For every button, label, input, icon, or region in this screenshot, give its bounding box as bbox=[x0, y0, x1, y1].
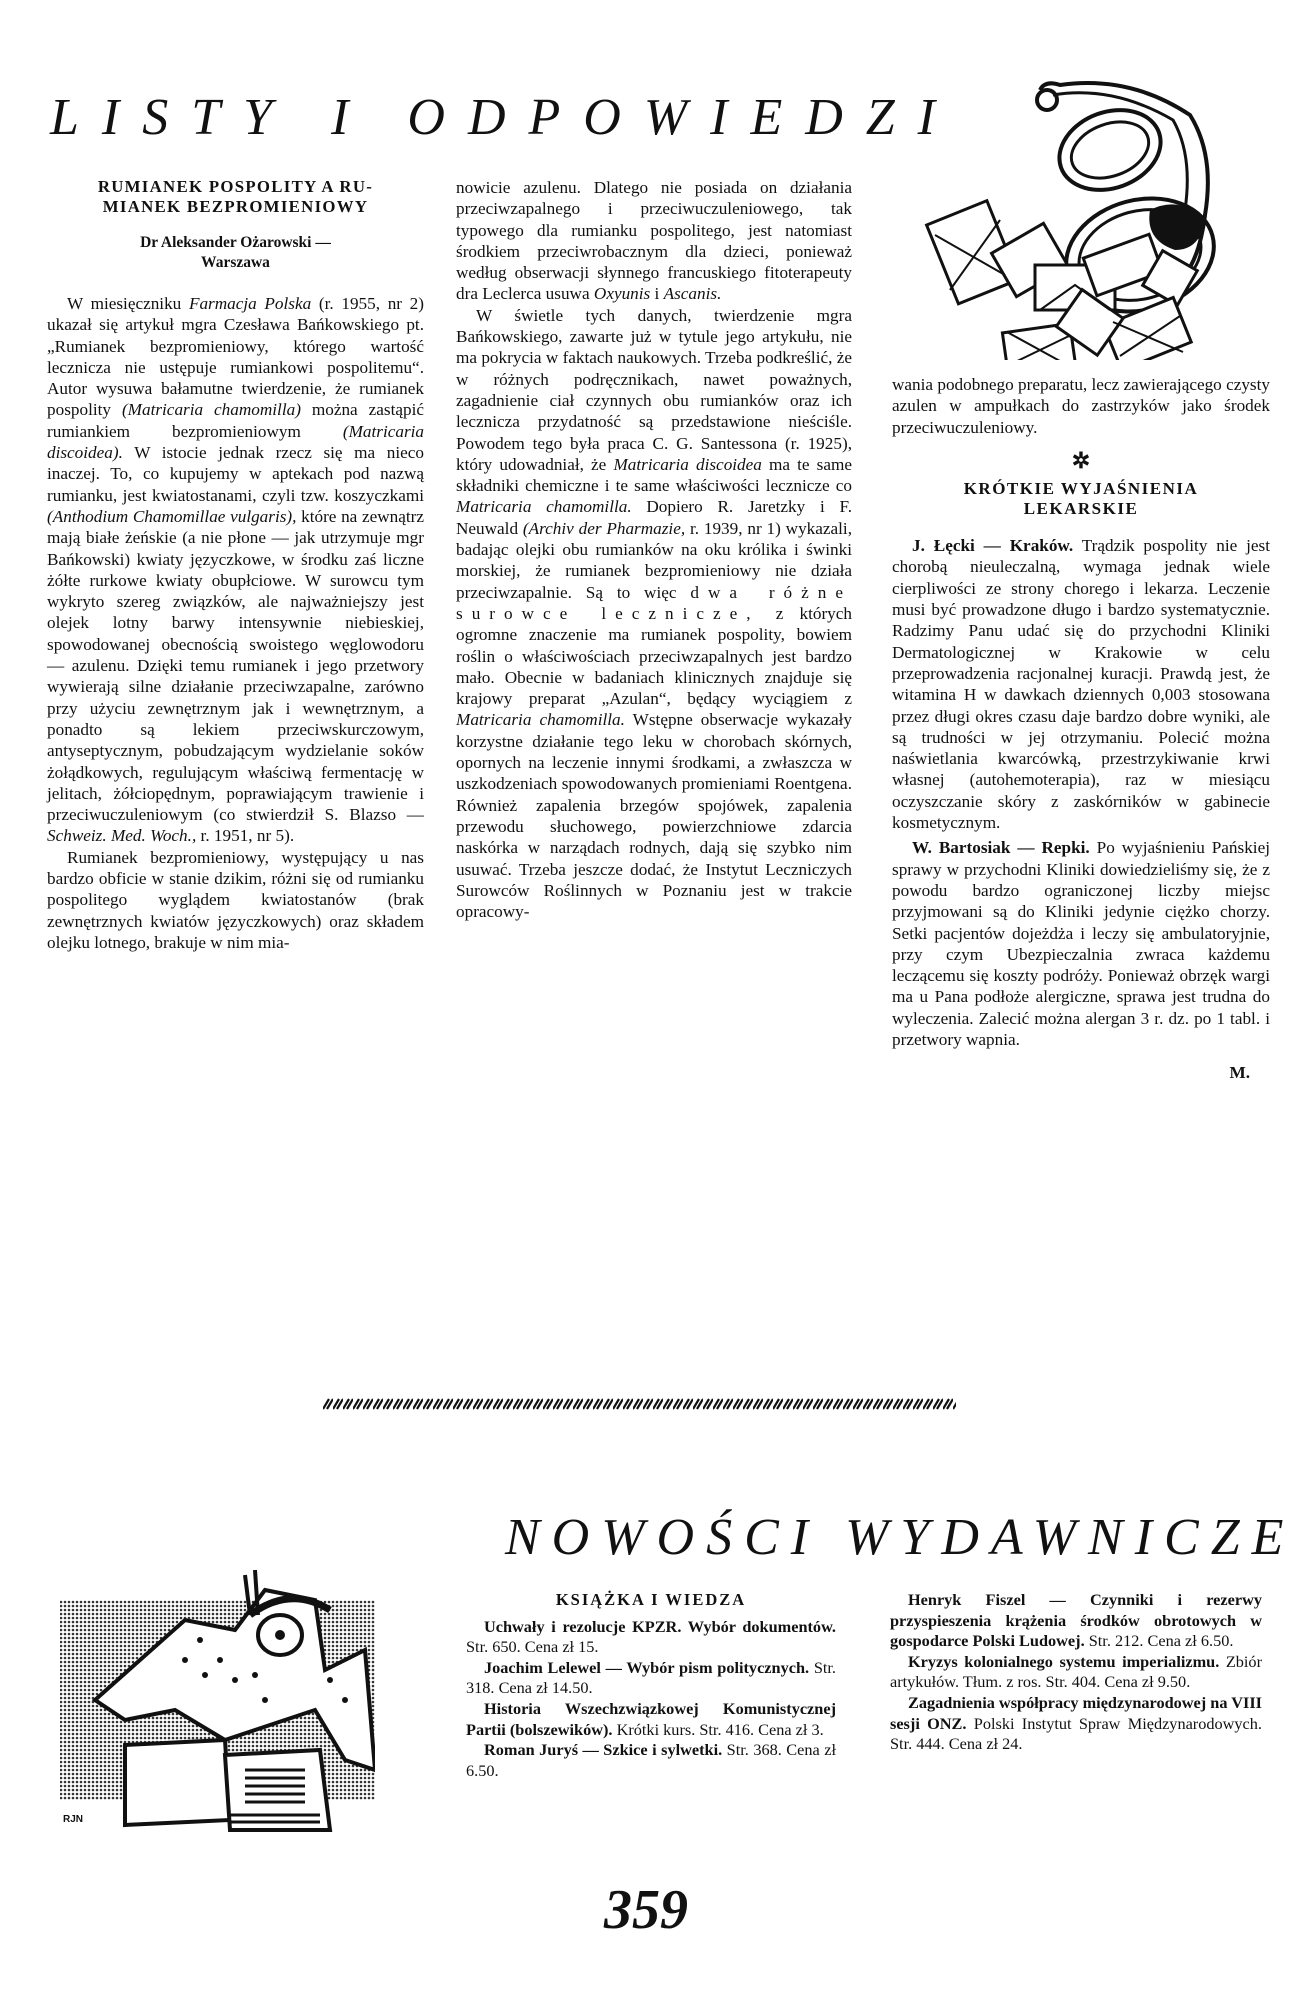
article-paragraph: W miesięczniku Farmacja Polska (r. 1955,… bbox=[47, 293, 424, 847]
article-paragraph: Rumianek bezpromieniowy, występujący u n… bbox=[47, 847, 424, 953]
byline-city: Warszawa bbox=[201, 254, 270, 271]
books-right-column: Henryk Fiszel — Czynniki i rezerwy przys… bbox=[890, 1590, 1262, 1755]
signature: M. bbox=[892, 1062, 1270, 1083]
article-paragraph: wania podobnego preparatu, lecz zawieraj… bbox=[892, 374, 1270, 438]
answer-item: J. Łęcki — Kraków. Trądzik pospolity nie… bbox=[892, 535, 1270, 833]
book-item: Joachim Lelewel — Wybór pism politycznyc… bbox=[466, 1658, 836, 1699]
new-publications-title: NOWOŚCI WYDAWNICZE bbox=[505, 1508, 1295, 1567]
article-paragraph: nowicie azulenu. Dlatego nie posiada on … bbox=[456, 177, 852, 305]
article-paragraph: W świetle tych danych, twierdzenie mgra … bbox=[456, 305, 852, 923]
book-item: Historia Wszechzwiązkowej Komunistycznej… bbox=[466, 1699, 836, 1740]
owl-reading-illustration-icon: RJN bbox=[55, 1500, 375, 1840]
book-item: Uchwały i rezolucje KPZR. Wybór dokument… bbox=[466, 1617, 836, 1658]
short-answers-heading: KRÓTKIE WYJAŚNIENIA LEKARSKIE bbox=[892, 479, 1270, 519]
book-item: Zagadnienia współpracy międzynarodowej n… bbox=[890, 1693, 1262, 1755]
article-right-column: wania podobnego preparatu, lecz zawieraj… bbox=[892, 374, 1270, 1084]
article-left-column: RUMIANEK POSPOLITY A RU- MIANEK BEZPROMI… bbox=[47, 177, 424, 953]
books-left-column: KSIĄŻKA I WIEDZA Uchwały i rezolucje KPZ… bbox=[466, 1590, 836, 1781]
short-answers-heading-line2: LEKARSKIE bbox=[1024, 499, 1139, 518]
byline-author: Dr Aleksander Ożarowski — bbox=[140, 234, 331, 251]
book-item: Henryk Fiszel — Czynniki i rezerwy przys… bbox=[890, 1590, 1262, 1652]
book-item: Roman Juryś — Szkice i sylwetki. Str. 36… bbox=[466, 1740, 836, 1781]
book-item: Kryzys kolonialnego systemu imperializmu… bbox=[890, 1652, 1262, 1693]
answer-item: W. Bartosiak — Repki. Po wyjaśnieniu Pań… bbox=[892, 837, 1270, 1050]
article-byline: Dr Aleksander Ożarowski — Warszawa bbox=[47, 233, 424, 273]
page-number: 359 bbox=[604, 1878, 688, 1942]
article-middle-column: nowicie azulenu. Dlatego nie posiada on … bbox=[456, 177, 852, 922]
short-answers-heading-line1: KRÓTKIE WYJAŚNIENIA bbox=[964, 479, 1199, 498]
asterism-icon: ✲ bbox=[892, 450, 1270, 471]
article-headline-line1: RUMIANEK POSPOLITY A RU- bbox=[47, 177, 424, 197]
publisher-name: KSIĄŻKA I WIEDZA bbox=[466, 1590, 836, 1611]
section-title: LISTY I ODPOWIEDZI bbox=[50, 88, 958, 147]
artist-mark: RJN bbox=[63, 1814, 83, 1825]
article-headline-line2: MIANEK BEZPROMIENIOWY bbox=[47, 197, 424, 217]
letters-illustration-icon bbox=[905, 60, 1265, 360]
ornamental-divider-icon bbox=[323, 1397, 956, 1411]
